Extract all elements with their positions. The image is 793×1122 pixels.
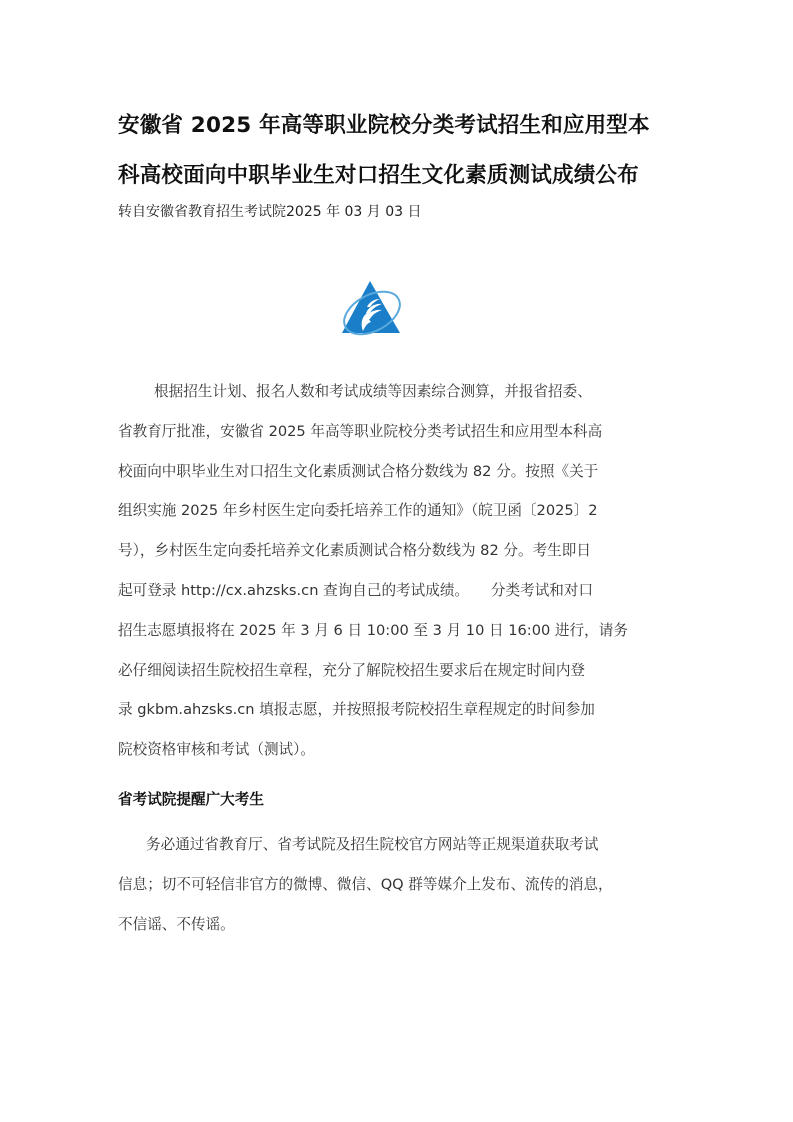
body-line: 院校资格审核和考试（测试）。 [118, 730, 678, 770]
document-title: 安徽省 2025 年高等职业院校分类考试招生和应用型本 科高校面向中职毕业生对口… [118, 101, 678, 201]
body-line: 必仔细阅读招生院校招生章程，充分了解院校招生要求后在规定时间内登 [118, 651, 678, 691]
reminder-line: 务必通过省教育厅、省考试院及招生院校官方网站等正规渠道获取考试 [118, 825, 678, 865]
title-line-2: 科高校面向中职毕业生对口招生文化素质测试成绩公布 [118, 151, 678, 201]
body-line: 号），乡村医生定向委托培养文化素质测试合格分数线为 82 分。考生即日 [118, 531, 678, 571]
title-line-1: 安徽省 2025 年高等职业院校分类考试招生和应用型本 [118, 101, 678, 151]
reminder-paragraph: 务必通过省教育厅、省考试院及招生院校官方网站等正规渠道获取考试 信息；切不可轻信… [118, 825, 678, 944]
body-line-score-query: 起可登录 http://cx.ahzsks.cn 查询自己的考试成绩。 分类考试… [118, 571, 678, 611]
body-line: 省教育厅批准，安徽省 2025 年高等职业院校分类考试招生和应用型本科高 [118, 412, 678, 452]
body-line: 招生志愿填报将在 2025 年 3 月 6 日 10:00 至 3 月 10 日… [118, 611, 678, 651]
reminder-line: 信息；切不可轻信非官方的微博、微信、QQ 群等媒介上发布、流传的消息， [118, 865, 678, 905]
education-exam-authority-logo-icon [338, 279, 410, 339]
body-line: 组织实施 2025 年乡村医生定向委托培养工作的通知》（皖卫函〔2025〕2 [118, 491, 678, 531]
reminder-heading: 省考试院提醒广大考生 [118, 788, 264, 812]
source-line: 转自安徽省教育招生考试院2025 年 03 月 03 日 [118, 200, 422, 224]
reminder-line: 不信谣、不传谣。 [118, 905, 678, 945]
body-line-application: 录 gkbm.ahzsks.cn 填报志愿，并按照报考院校招生章程规定的时间参加 [118, 690, 678, 730]
body-line: 校面向中职毕业生对口招生文化素质测试合格分数线为 82 分。按照《关于 [118, 452, 678, 492]
body-line: 根据招生计划、报名人数和考试成绩等因素综合测算，并报省招委、 [118, 372, 678, 412]
body-paragraph: 根据招生计划、报名人数和考试成绩等因素综合测算，并报省招委、 省教育厅批准，安徽… [118, 372, 678, 770]
